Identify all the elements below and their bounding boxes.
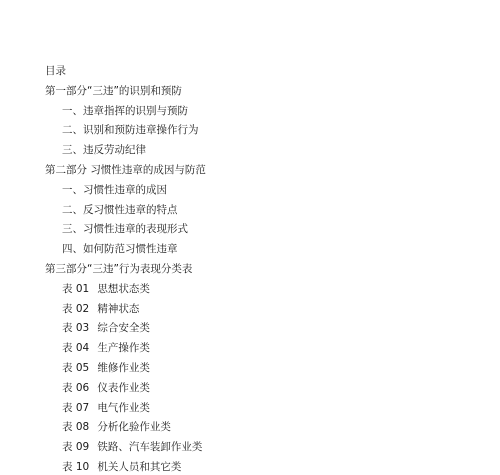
table-number: 表 02 [62,300,94,320]
toc-table-entry: 表 10 机关人员和其它类 [45,458,485,475]
table-number: 表 08 [62,418,94,438]
table-name: 综合安全类 [97,322,150,334]
table-number: 表 10 [62,458,94,475]
table-name: 仪表作业类 [97,382,150,394]
table-name: 维修作业类 [97,362,150,374]
table-number: 表 01 [62,280,94,300]
toc-section-2-title: 第二部分 习惯性违章的成因与防范 [45,161,485,181]
toc-item: 三、习惯性违章的表现形式 [45,220,485,240]
table-number: 表 03 [62,319,94,339]
table-number: 表 06 [62,379,94,399]
toc-table-entry: 表 06 仪表作业类 [45,379,485,399]
toc-item: 二、识别和预防违章操作行为 [45,121,485,141]
toc-section-3-title: 第三部分“三违”行为表现分类表 [45,260,485,280]
table-number: 表 05 [62,359,94,379]
table-number: 表 04 [62,339,94,359]
table-name: 精神状态 [97,303,139,315]
toc-item: 三、违反劳动纪律 [45,141,485,161]
table-number: 表 09 [62,438,94,458]
table-number: 表 07 [62,399,94,419]
toc-table-entry: 表 03 综合安全类 [45,319,485,339]
toc-table-entry: 表 05 维修作业类 [45,359,485,379]
table-name: 铁路、汽车装卸作业类 [97,441,202,453]
table-name: 分析化验作业类 [97,421,171,433]
toc-item: 四、如何防范习惯性违章 [45,240,485,260]
toc-item: 二、反习惯性违章的特点 [45,201,485,221]
toc-table-entry: 表 07 电气作业类 [45,399,485,419]
toc-table-entry: 表 08 分析化验作业类 [45,418,485,438]
toc-table-entry: 表 09 铁路、汽车装卸作业类 [45,438,485,458]
toc-section-1-title: 第一部分“三违”的识别和预防 [45,82,485,102]
table-of-contents: 目录 第一部分“三违”的识别和预防 一、违章指挥的识别与预防 二、识别和预防违章… [45,62,485,475]
table-name: 生产操作类 [97,342,150,354]
table-name: 机关人员和其它类 [97,461,181,473]
toc-table-entry: 表 04 生产操作类 [45,339,485,359]
toc-table-entry: 表 01 思想状态类 [45,280,485,300]
toc-item: 一、习惯性违章的成因 [45,181,485,201]
toc-title: 目录 [45,62,485,82]
toc-table-entry: 表 02 精神状态 [45,300,485,320]
table-name: 思想状态类 [97,283,150,295]
toc-item: 一、违章指挥的识别与预防 [45,102,485,122]
table-name: 电气作业类 [97,402,150,414]
